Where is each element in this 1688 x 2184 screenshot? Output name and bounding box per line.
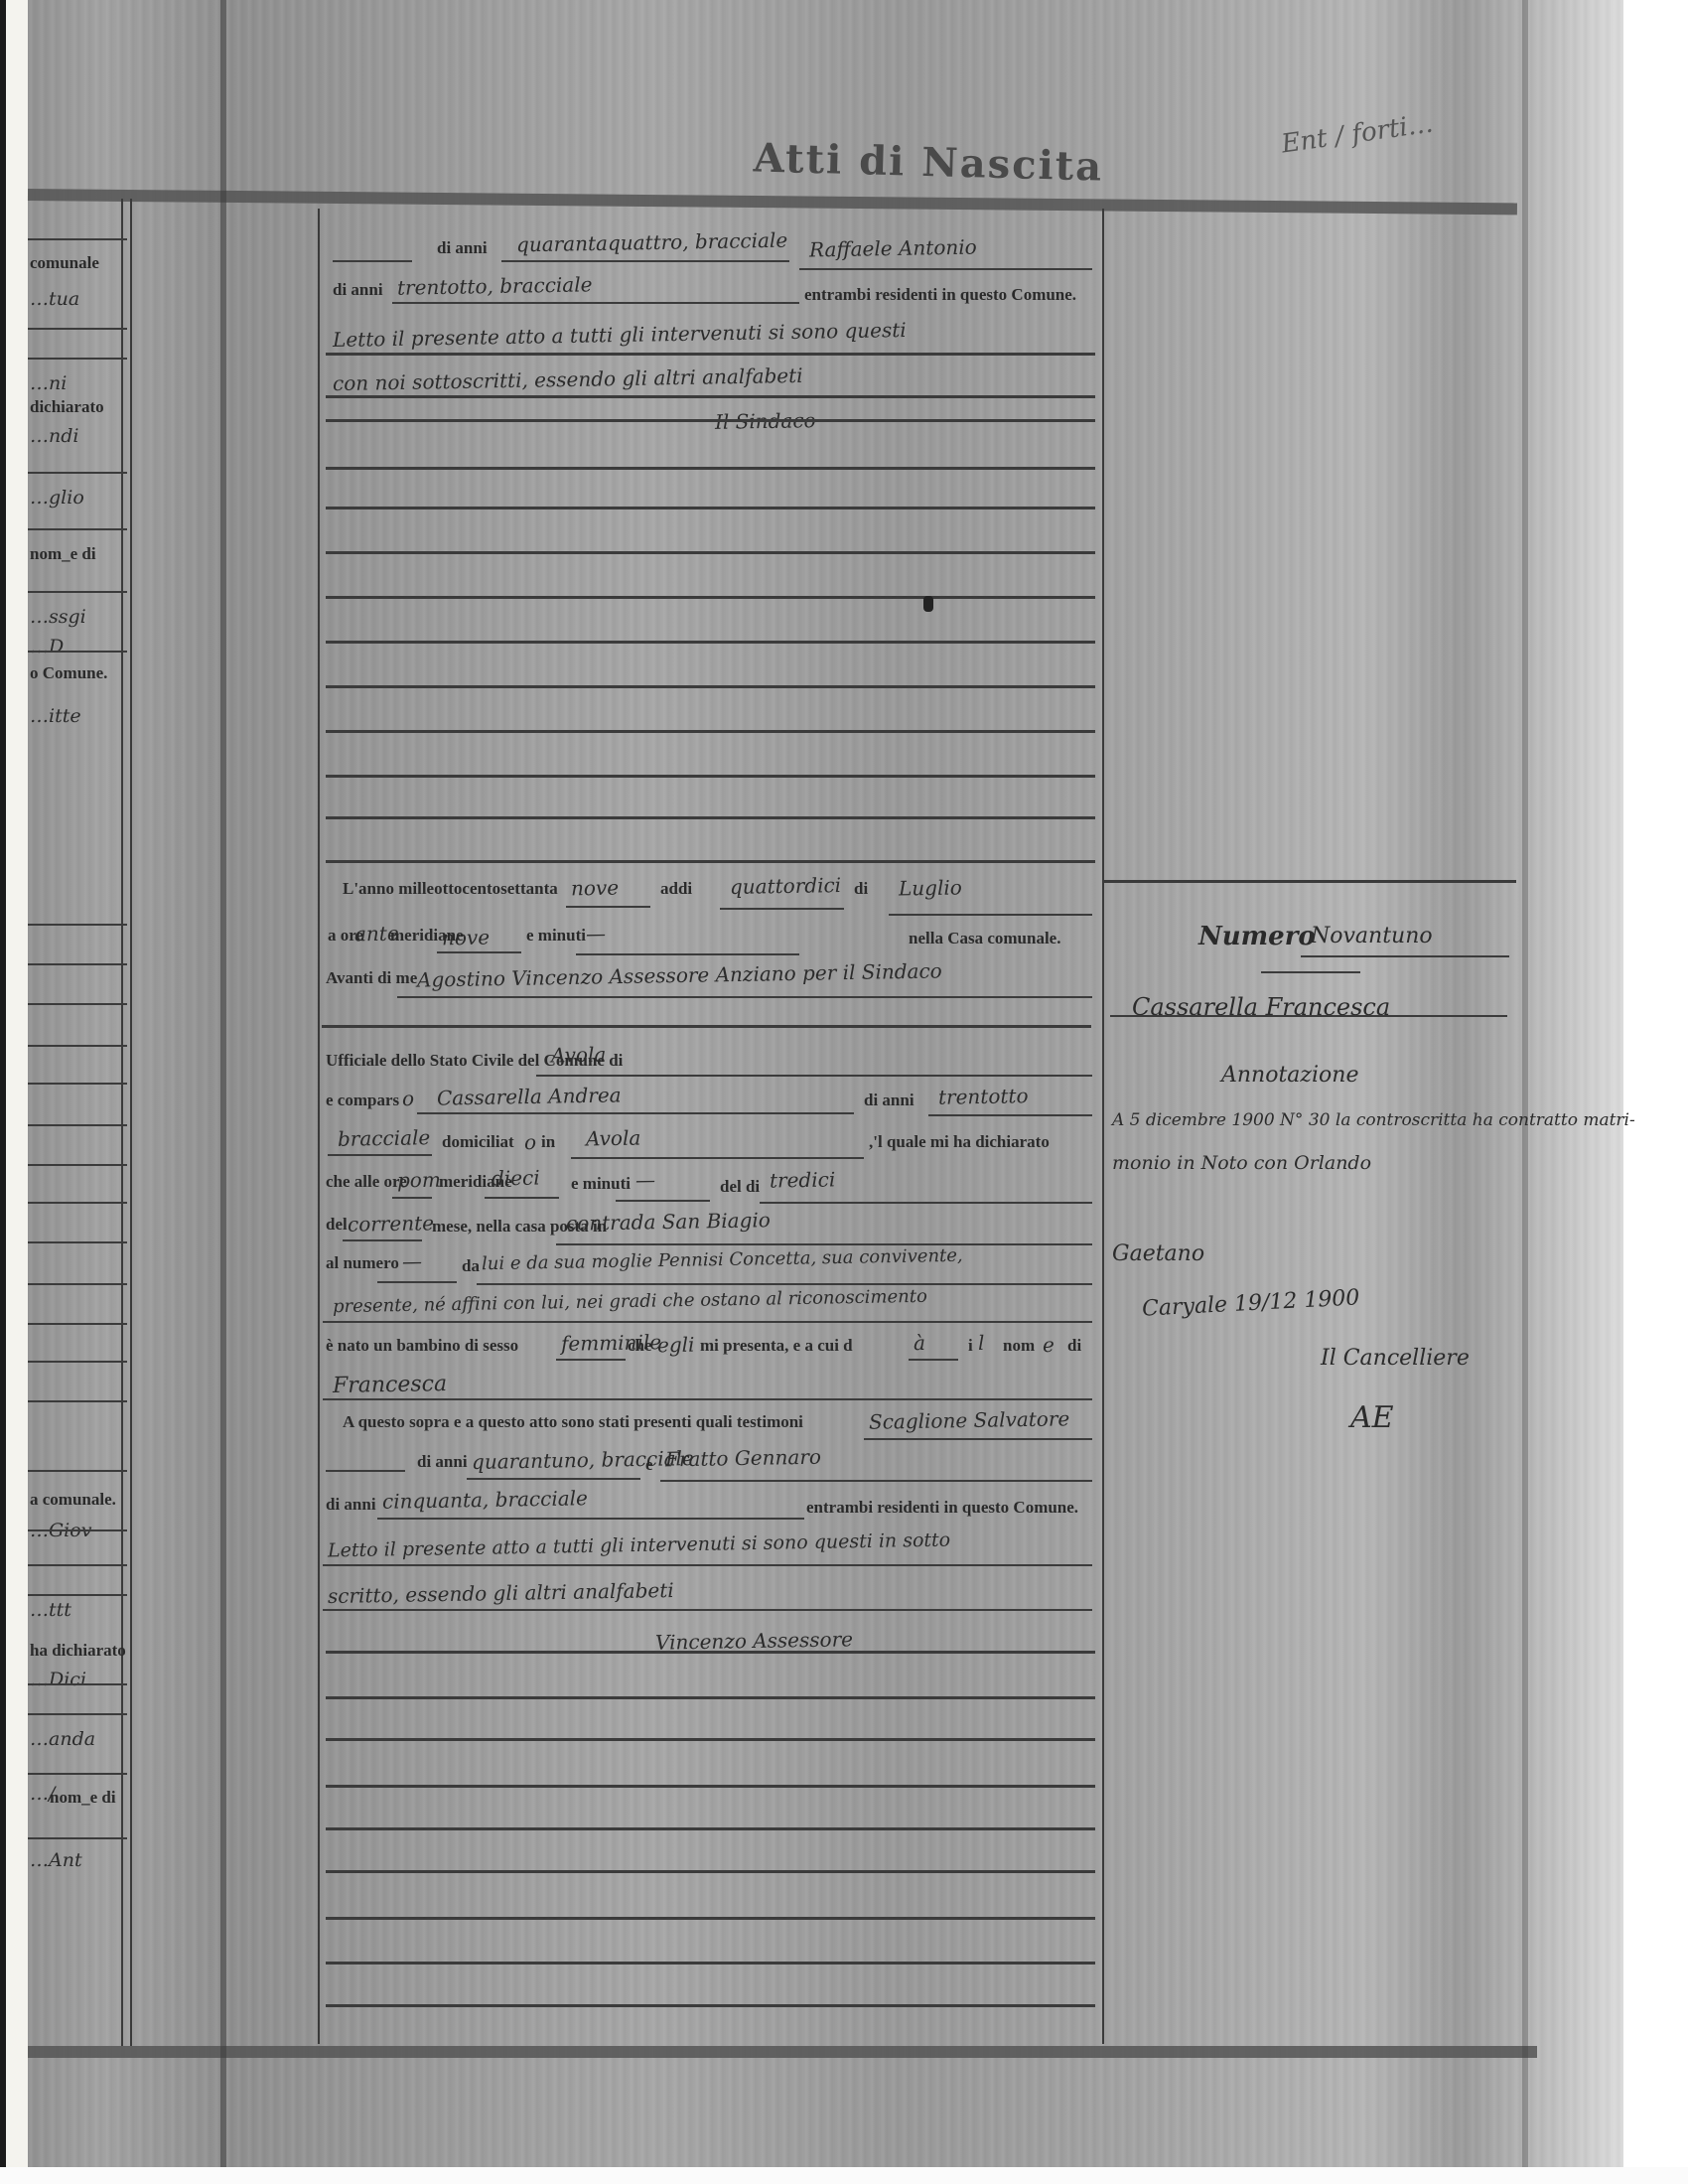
- handwritten-age: trentotto: [938, 1084, 1029, 1109]
- label-e: e: [645, 1455, 653, 1475]
- label-di: di: [1067, 1336, 1081, 1356]
- left-fragment-hand: …Ant: [30, 1849, 82, 1871]
- label-avanti-di-me: Avanti di me: [326, 968, 417, 988]
- label-di-anni: di anni: [417, 1452, 468, 1472]
- label-compars: e compars: [326, 1091, 399, 1110]
- annotation-initials: AE: [1350, 1400, 1394, 1435]
- left-page-divider: [121, 199, 123, 2046]
- handwritten-witness: Raffaele Antonio: [809, 235, 977, 262]
- handwritten-pom: pom: [397, 1168, 441, 1193]
- label-minuti: e minuti: [526, 926, 586, 946]
- left-fragment-printed: comunale: [30, 253, 99, 273]
- label-di-anni: di anni: [333, 280, 383, 300]
- label-residenti: entrambi residenti in questo Comune.: [806, 1498, 1078, 1518]
- handwritten-profession: bracciale: [338, 1125, 431, 1151]
- label-di-anni: di anni: [864, 1091, 914, 1110]
- left-fragment-hand: …ttt: [30, 1599, 71, 1621]
- label-da: da: [462, 1256, 480, 1276]
- left-fragment-printed: nom_e di: [30, 544, 96, 564]
- label-al-numero: al numero: [326, 1253, 399, 1273]
- handwritten-year: nove: [571, 876, 619, 901]
- label-quale-dichiarato: ,'l quale mi ha dichiarato: [869, 1132, 1050, 1152]
- handwritten-month-ref: corrente: [348, 1211, 434, 1237]
- label-del: del: [326, 1215, 348, 1235]
- handwritten-age-2: cinquanta, bracciale: [382, 1486, 588, 1514]
- label-residenti: entrambi residenti in questo Comune.: [804, 285, 1076, 305]
- handwritten-house-number: —: [402, 1249, 422, 1273]
- handwritten-witness-2: Fratto Gennaro: [665, 1445, 821, 1472]
- act-frame: [318, 209, 1104, 2044]
- ink-blot: [923, 596, 933, 612]
- handwritten-egli: egli: [657, 1333, 695, 1358]
- handwritten-hour: dieci: [492, 1166, 540, 1191]
- scan-margin-bottom: [0, 2167, 1688, 2184]
- annotation-signature: Il Cancelliere: [1321, 1346, 1470, 1371]
- handwritten-child-name: Francesca: [333, 1372, 448, 1398]
- handwritten-act-number: Novantuno: [1311, 924, 1433, 948]
- left-fragment-printed: dichiarato: [30, 397, 104, 417]
- left-fragment-hand: …tua: [30, 288, 79, 310]
- handwritten-declarant: Cassarella Andrea: [437, 1083, 622, 1109]
- label-addi: addi: [660, 879, 692, 899]
- left-fragment-hand: …ndi: [30, 425, 78, 447]
- label-di-anni: di anni: [326, 1495, 376, 1515]
- left-fragment-printed: nom_e di: [50, 1788, 116, 1808]
- handwritten-age: quarantaquattro, bracciale: [516, 228, 788, 257]
- handwritten-age-1: quarantuno, bracciale: [472, 1446, 694, 1474]
- scan-margin-left: [6, 0, 28, 2184]
- left-fragment-hand: …ssgi: [30, 606, 86, 628]
- label-nome: nom: [1003, 1336, 1035, 1356]
- annotation-title: Annotazione: [1221, 1063, 1359, 1088]
- handwritten-minutes: —: [586, 922, 606, 946]
- margin-top-rule: [1104, 880, 1516, 883]
- handwritten-nome-suffix: e: [1043, 1333, 1055, 1357]
- handwritten-month: Luglio: [899, 875, 962, 900]
- label-numero: Numero: [1198, 922, 1316, 951]
- handwritten-comune: Avola: [551, 1043, 607, 1068]
- bottom-thick-rule: [28, 2046, 1537, 2058]
- label-nato-bambino: è nato un bambino di sesso: [326, 1336, 518, 1356]
- fold-line-right: [1522, 0, 1528, 2167]
- label-presenta: mi presenta, e a cui d: [700, 1336, 853, 1356]
- left-fragment-hand: …D: [30, 636, 64, 657]
- label-del-di: del di: [720, 1177, 760, 1197]
- label-che-alle-ore: che alle ore: [326, 1172, 407, 1192]
- handwritten-compars-suffix: o: [402, 1087, 414, 1110]
- handwritten-day: quattordici: [730, 873, 841, 899]
- fold-line-left: [220, 0, 226, 2167]
- label-il: i: [968, 1336, 973, 1356]
- label-casa-comunale: nella Casa comunale.: [909, 929, 1060, 948]
- label-anno: L'anno milleottocentosettanta: [343, 879, 558, 899]
- left-fragment-hand: …anda: [30, 1728, 95, 1750]
- left-fragment-printed: a comunale.: [30, 1490, 116, 1510]
- annotation-line: monio in Noto con Orlando: [1112, 1152, 1371, 1174]
- handwritten-domicil-suffix: o: [524, 1130, 536, 1154]
- label-in: in: [541, 1132, 555, 1152]
- handwritten-age: trentotto, bracciale: [397, 272, 593, 299]
- handwritten-address: contrada San Biagio: [566, 1208, 771, 1236]
- handwritten-hour: nove: [442, 926, 490, 950]
- label-domiciliat: domiciliat: [442, 1132, 514, 1152]
- handwritten-il-suffix: l: [978, 1331, 985, 1355]
- label-minuti: e minuti: [571, 1174, 631, 1194]
- left-fragment-printed: o Comune.: [30, 663, 107, 683]
- label-di: di: [854, 879, 868, 899]
- handwritten-minutes: —: [635, 1168, 655, 1192]
- handwritten-witness-1: Scaglione Salvatore: [869, 1406, 1070, 1434]
- label-di-anni: di anni: [437, 238, 488, 258]
- handwritten-town: Avola: [586, 1126, 641, 1151]
- annotation-line: Gaetano: [1112, 1241, 1204, 1266]
- left-fragment-hand: …Dici: [30, 1669, 86, 1690]
- left-fragment-hand: …itte: [30, 705, 81, 727]
- label-testimoni: A questo sopra e a questo atto sono stat…: [343, 1412, 803, 1432]
- label-che: che: [628, 1336, 652, 1356]
- left-page-divider-2: [130, 199, 132, 2046]
- handwritten-da-suffix: à: [914, 1331, 925, 1355]
- left-fragment-printed: ha dichiarato: [30, 1641, 126, 1661]
- annotation-line: A 5 dicembre 1900 N° 30 la controscritta…: [1112, 1110, 1635, 1130]
- handwritten-day: tredici: [770, 1167, 836, 1192]
- left-fragment-hand: …ni: [30, 372, 67, 394]
- left-fragment-hand: …glio: [30, 487, 84, 509]
